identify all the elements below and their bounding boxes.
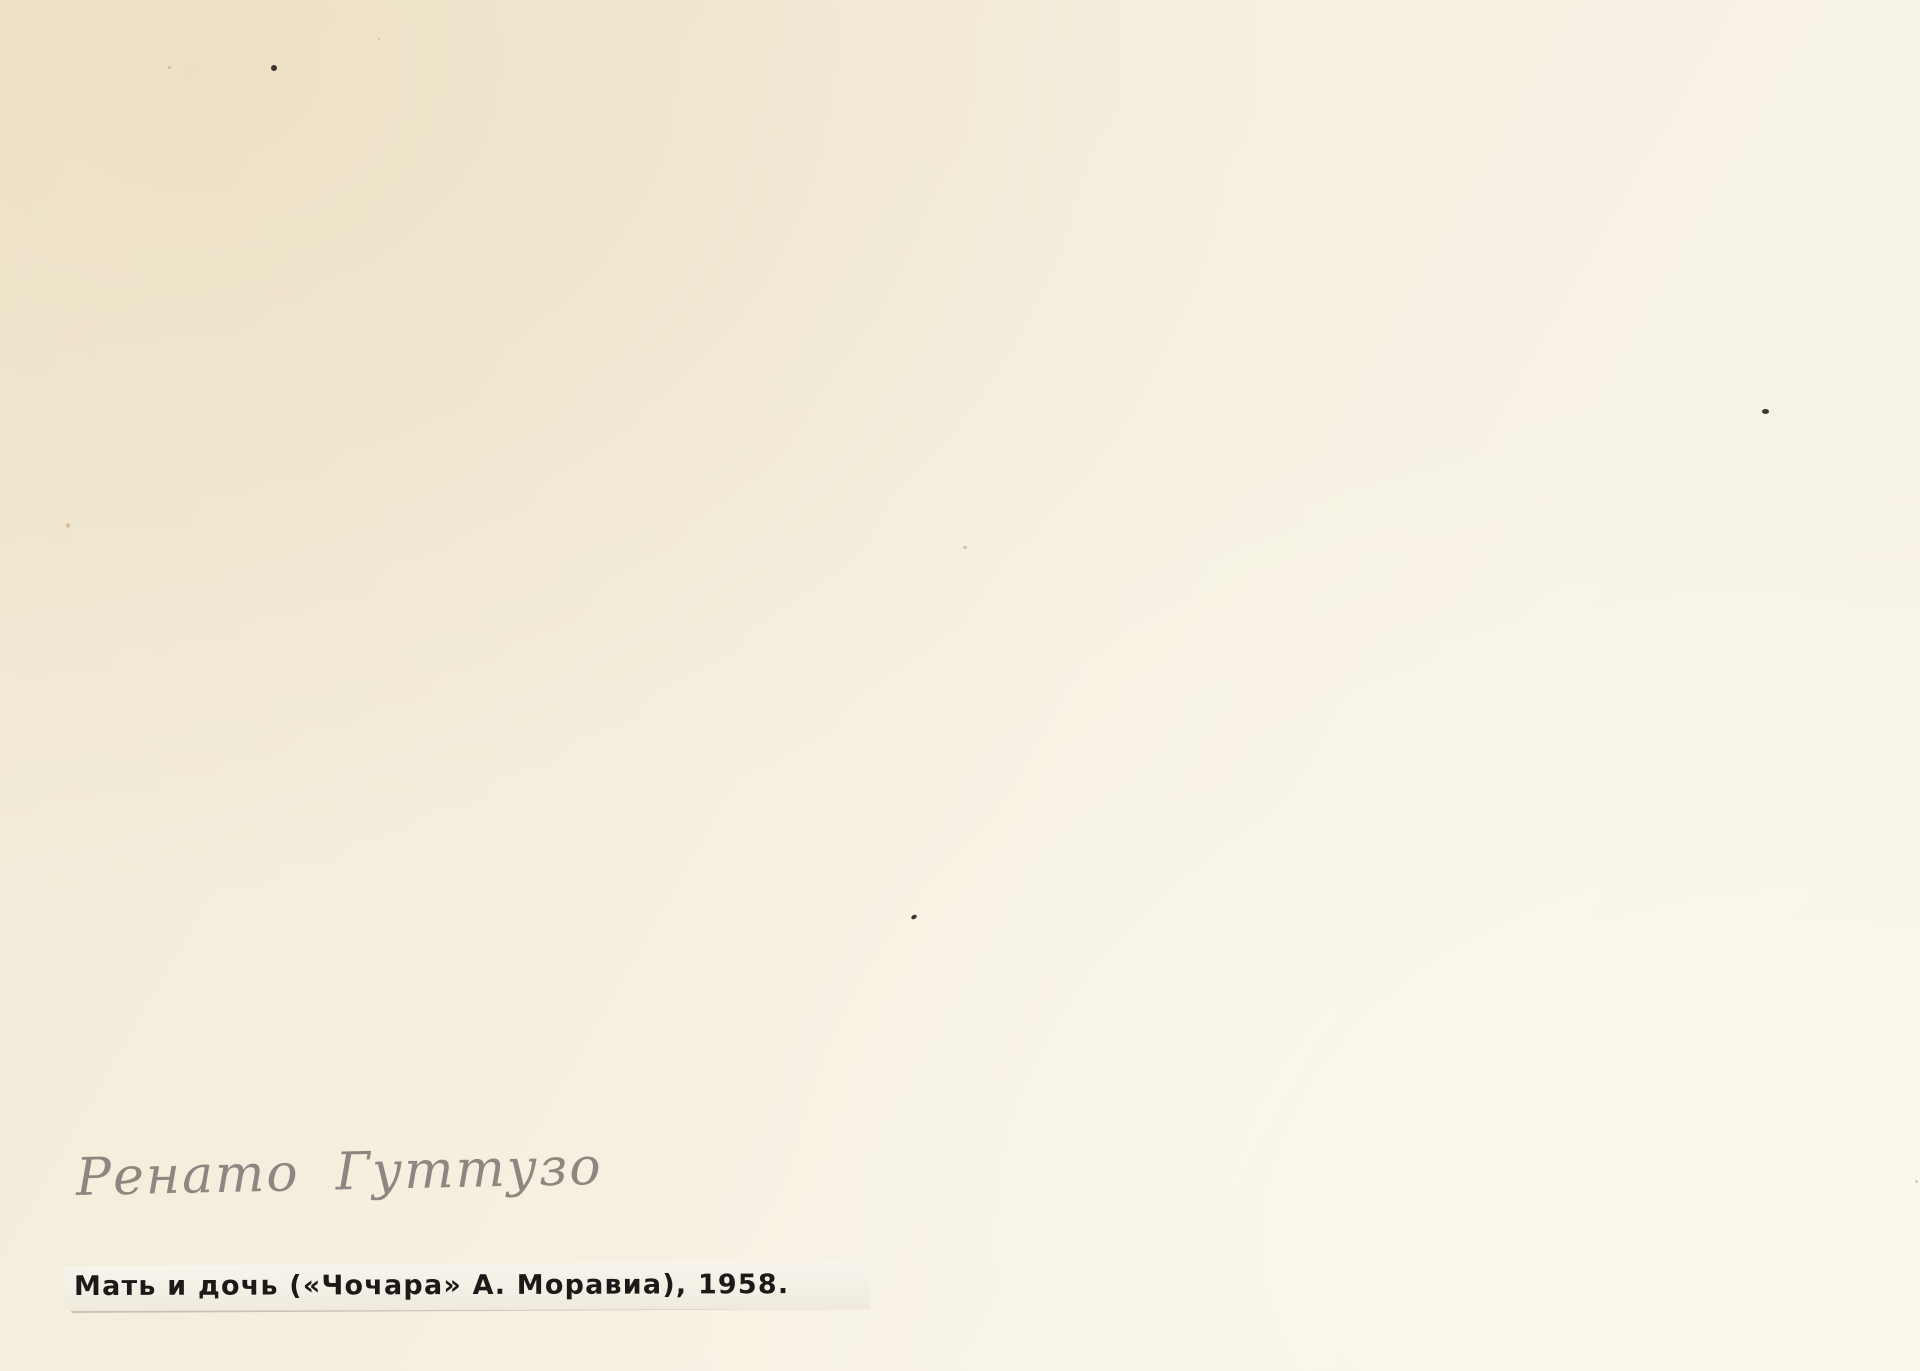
artist-last-name: Гуттузо — [335, 1137, 603, 1203]
caption-text: Мать и дочь («Чочара» А. Моравиа), 1958. — [74, 1269, 789, 1302]
postcard-back: РенатоГуттузо Мать и дочь («Чочара» А. М… — [0, 0, 1920, 1371]
dust-speck — [910, 914, 917, 920]
artist-first-name: Ренато — [75, 1143, 300, 1208]
dust-speck — [963, 546, 967, 549]
dust-speck — [1915, 1180, 1918, 1183]
handwritten-artist-name: РенатоГуттузо — [75, 1137, 603, 1208]
dust-speck — [271, 65, 277, 71]
printed-caption-label: Мать и дочь («Чочара» А. Моравиа), 1958. — [64, 1261, 870, 1313]
dust-speck — [378, 38, 380, 40]
dust-speck — [168, 66, 171, 69]
dust-speck — [1762, 409, 1769, 414]
dust-speck — [66, 523, 70, 528]
